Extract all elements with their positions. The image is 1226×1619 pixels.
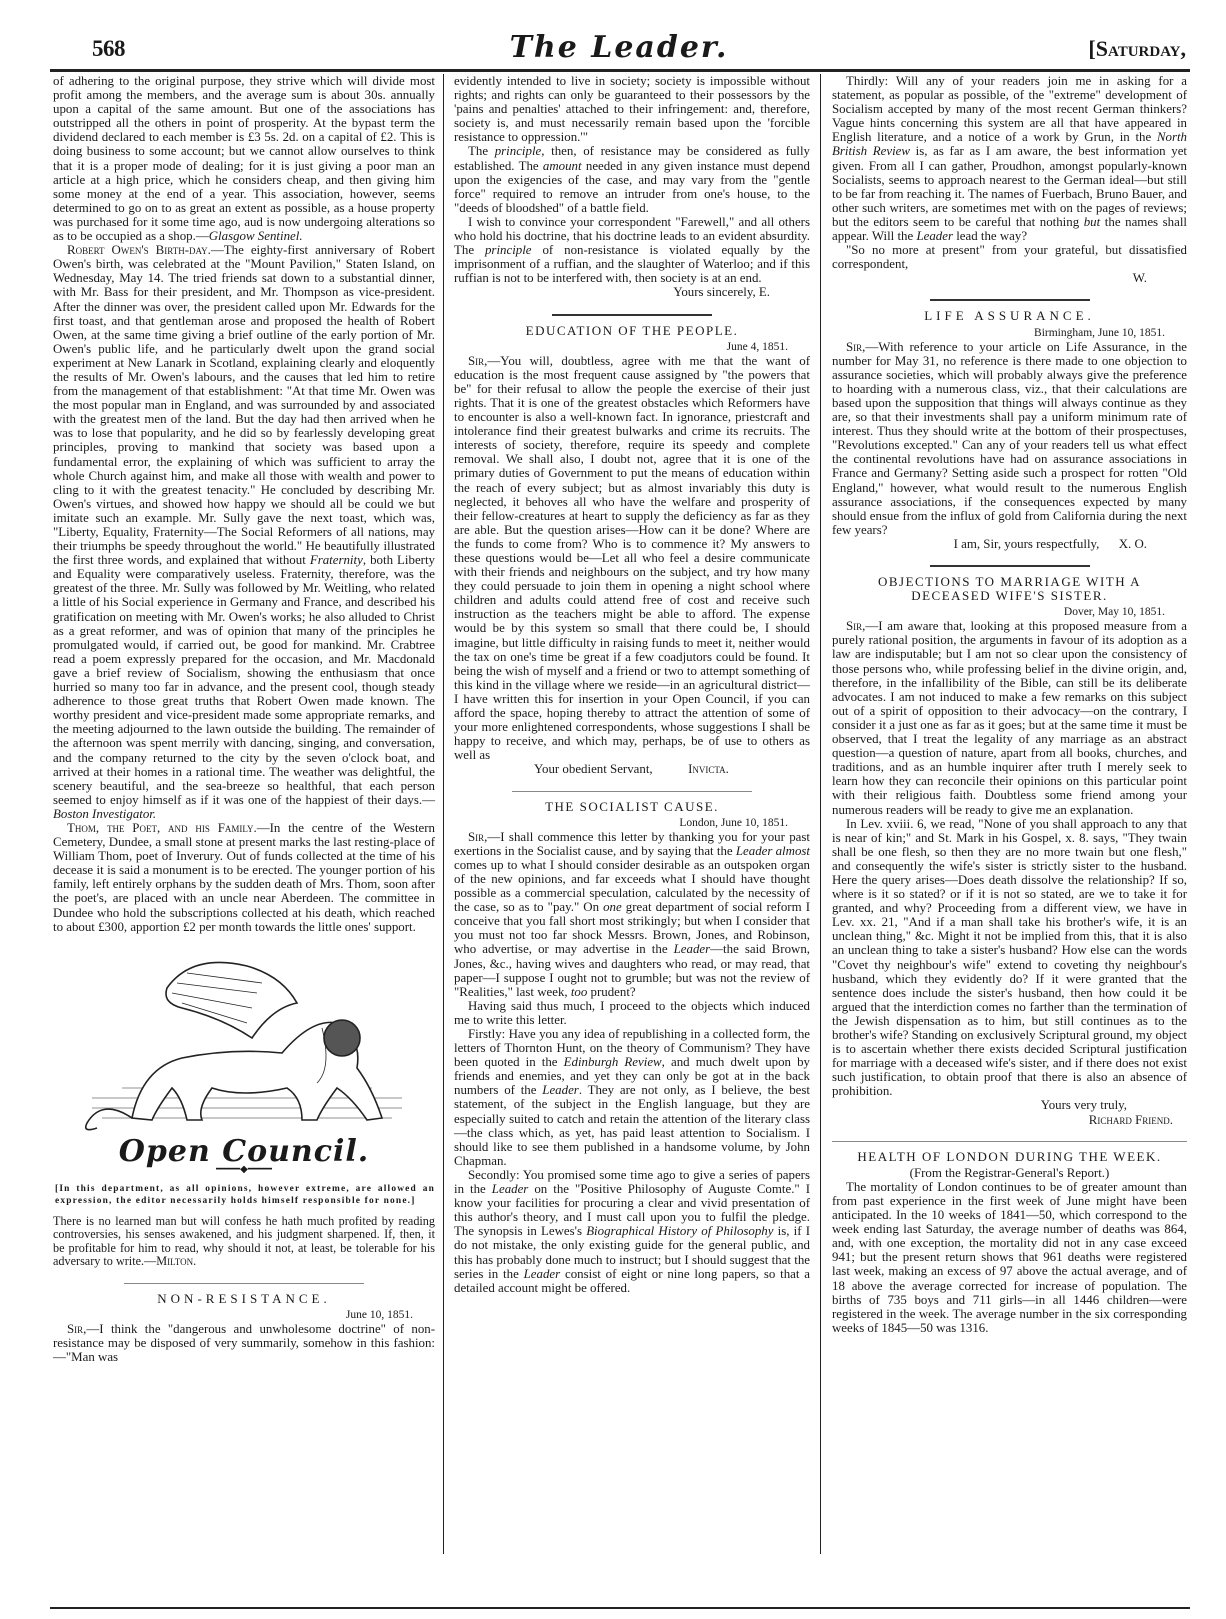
milton-quote: There is no learned man but will confess… [53, 1215, 435, 1269]
letter-body: Sir,—With reference to your article on L… [832, 340, 1187, 537]
letter-date: London, June 10, 1851. [454, 816, 810, 830]
letter-signature: Yours sincerely, E. [454, 285, 810, 299]
letter-body: Firstly: Have you any idea of republishi… [454, 1027, 810, 1168]
column-2: evidently intended to live in society; s… [454, 74, 810, 1295]
letter-heading: NON-RESISTANCE. [53, 1292, 435, 1306]
issue-day: [Saturday, [1088, 36, 1186, 62]
section-divider [832, 1141, 1187, 1142]
letter-closing: Yours very truly, [832, 1098, 1187, 1112]
top-rule [50, 69, 1190, 72]
editor-disclaimer: [In this department, as all opinions, ho… [53, 1183, 435, 1207]
column-divider [820, 74, 821, 1554]
masthead: 568 The Leader. [Saturday, [52, 30, 1186, 66]
publication-title: The Leader. [52, 30, 1186, 65]
article-lead: Robert Owen's Birth-day. [67, 243, 211, 257]
report-body: The mortality of London continues to be … [832, 1180, 1187, 1335]
letter-body: Sir,—You will, doubtless, agree with me … [454, 354, 810, 763]
letter-body: Sir,—I shall commence this letter by tha… [454, 830, 810, 999]
letter-date: Dover, May 10, 1851. [832, 605, 1187, 619]
letter-body: Having said thus much, I proceed to the … [454, 999, 810, 1027]
letter-body: Sir,—I think the "dangerous and unwholes… [53, 1322, 435, 1364]
letter-date: Birmingham, June 10, 1851. [832, 326, 1187, 340]
report-heading: HEALTH OF LONDON DURING THE WEEK. [832, 1150, 1187, 1164]
letter-body: evidently intended to live in society; s… [454, 74, 810, 144]
column-1: of adhering to the original purpose, the… [53, 74, 435, 1364]
owen-birthday-article: Robert Owen's Birth-day.—The eighty-firs… [53, 243, 435, 821]
bottom-rule [50, 1607, 1190, 1609]
letter-heading: EDUCATION OF THE PEOPLE. [454, 324, 810, 338]
letter-heading: OBJECTIONS TO MARRIAGE WITH A DECEASED W… [832, 575, 1187, 603]
letter-body: Sir,—I am aware that, looking at this pr… [832, 619, 1187, 816]
letter-body: I wish to convince your correspondent "F… [454, 215, 810, 285]
letter-body: The principle, then, of resistance may b… [454, 144, 810, 214]
section-divider [930, 565, 1090, 567]
open-council-title: Open Council. [53, 1145, 435, 1159]
section-divider [930, 299, 1090, 301]
letter-date: June 4, 1851. [454, 340, 810, 354]
letter-signature: Your obedient Servant, Invicta. [454, 762, 810, 776]
letter-body: Secondly: You promised some time ago to … [454, 1168, 810, 1295]
column-divider [443, 74, 444, 1554]
section-divider [552, 314, 712, 316]
letter-date: June 10, 1851. [53, 1308, 435, 1322]
thom-poet-article: Thom, the Poet, and his Family.—In the c… [53, 821, 435, 934]
letter-signature: I am, Sir, yours respectfully, X. O. [832, 537, 1187, 551]
article-lead: Thom, the Poet, and his Family. [67, 821, 257, 835]
report-subheading: (From the Registrar-General's Report.) [832, 1166, 1187, 1180]
letter-body: In Lev. xviii. 6, we read, "None of you … [832, 817, 1187, 1099]
winged-lion-emblem-icon [72, 948, 417, 1143]
section-divider [124, 1283, 364, 1284]
section-divider [512, 791, 752, 792]
letter-signature: W. [832, 271, 1187, 285]
letter-body: Thirdly: Will any of your readers join m… [832, 74, 1187, 243]
column-3: Thirdly: Will any of your readers join m… [832, 74, 1187, 1335]
letter-body: "So no more at present" from your gratef… [832, 243, 1187, 271]
letter-signature: Richard Friend. [832, 1113, 1187, 1127]
cooperative-article: of adhering to the original purpose, the… [53, 74, 435, 243]
ornament-divider-icon: ━━━━◆━━━━ [53, 1163, 435, 1177]
letter-heading: LIFE ASSURANCE. [832, 309, 1187, 323]
letter-heading: THE SOCIALIST CAUSE. [454, 800, 810, 814]
